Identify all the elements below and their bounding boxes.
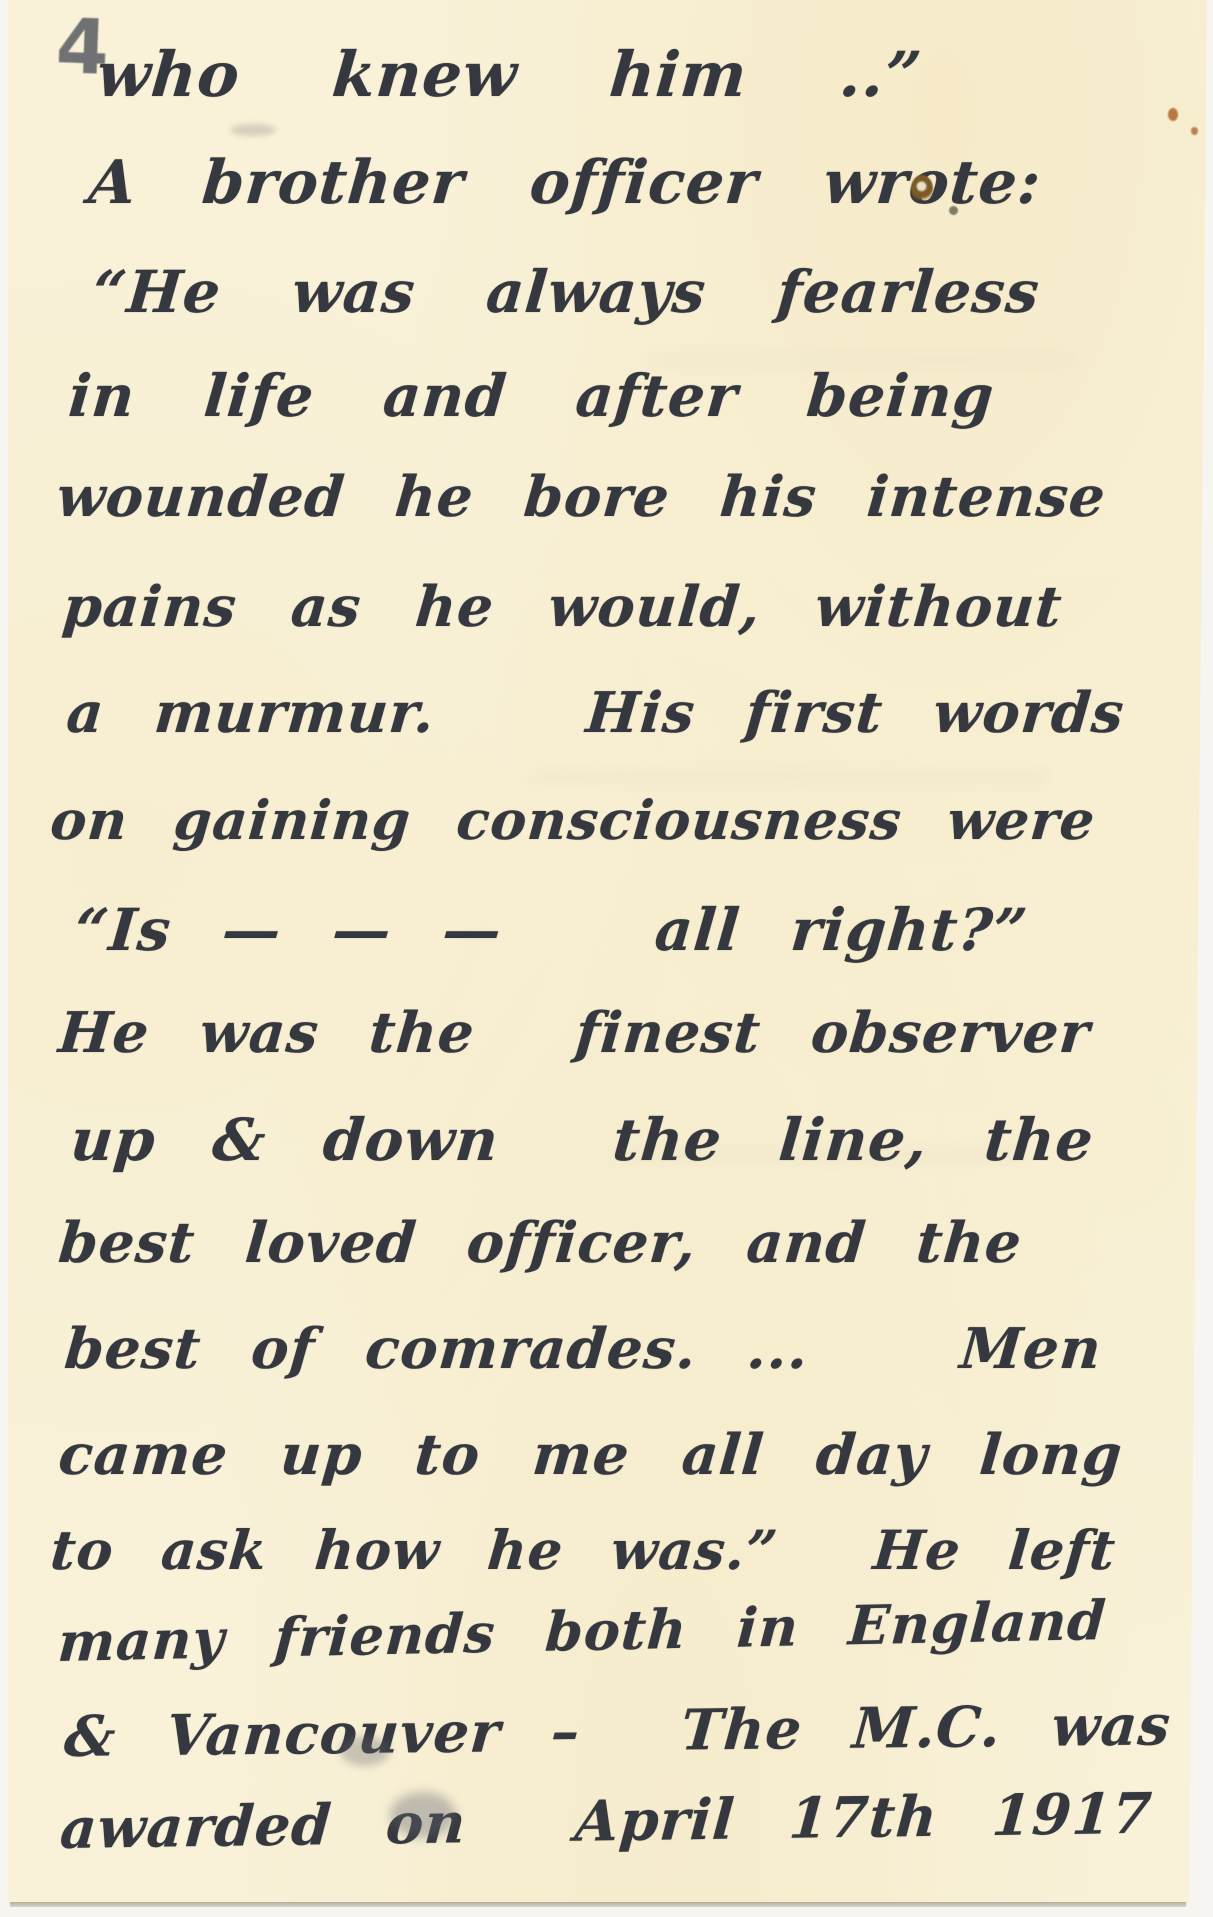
handwritten-line: on gaining consciousness were	[48, 788, 1098, 852]
handwritten-line: wounded he bore his intense	[54, 464, 1109, 530]
handwritten-line: to ask how he was.” He left	[48, 1518, 1119, 1582]
handwritten-line: up & down the line, the	[68, 1106, 1097, 1174]
handwritten-line: “He was always fearless	[90, 258, 1042, 326]
gray-speck	[949, 206, 958, 215]
handwritten-line: best of comrades. ... Men	[62, 1316, 1104, 1382]
ink-smudge	[230, 124, 276, 136]
handwritten-line: He was the finest observer	[56, 1000, 1093, 1066]
olive-speck	[1206, 1854, 1213, 1865]
handwritten-line: who knew him ..”	[94, 38, 925, 111]
handwritten-line: awarded on April 17th 1917	[58, 1781, 1155, 1862]
handwritten-line: a murmur. His first words	[64, 680, 1127, 746]
handwritten-line: in life and after being	[66, 362, 997, 430]
handwritten-line: came up to me all day long	[56, 1422, 1125, 1488]
ink-smudge	[340, 1736, 390, 1766]
handwritten-line: best loved officer, and the	[56, 1210, 1025, 1276]
handwritten-line: A brother officer wrote:	[86, 148, 1044, 218]
rust-speck	[1191, 127, 1198, 135]
brown-stain-spot	[911, 175, 933, 202]
letter-page: 4 who knew him ..” A brother officer wro…	[8, 0, 1208, 1904]
handwritten-line: pains as he would, without	[60, 574, 1065, 640]
handwritten-line: & Vancouver – The M.C. was	[62, 1692, 1173, 1770]
handwritten-line: “Is — — — all right?”	[72, 896, 1031, 964]
ink-showthrough	[648, 352, 1078, 368]
ink-showthrough	[528, 770, 1048, 784]
ink-showthrough	[608, 1148, 1028, 1162]
ink-smudge	[390, 1792, 456, 1838]
rust-speck	[1168, 108, 1178, 121]
paper-bottom-edge	[10, 1902, 1186, 1907]
scan-background: 4 who knew him ..” A brother officer wro…	[0, 0, 1213, 1917]
handwritten-line: many friends both in England	[56, 1588, 1108, 1674]
